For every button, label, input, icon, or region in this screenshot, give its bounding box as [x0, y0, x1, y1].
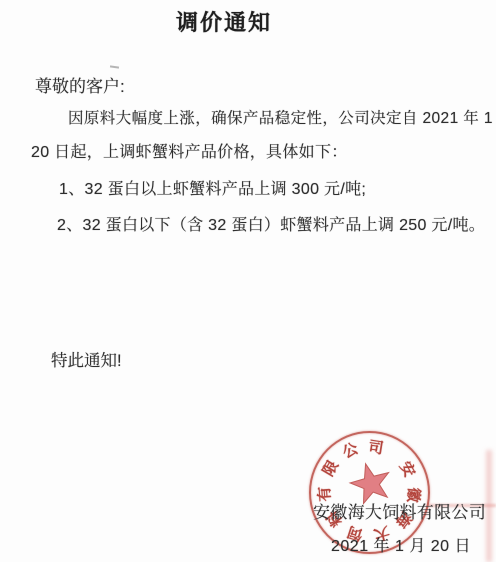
- price-item-2: 2、32 蛋白以下（含 32 蛋白）虾蟹料产品上调 250 元/吨。: [57, 212, 485, 235]
- signature-company: 安徽海大饲料有限公司: [313, 498, 486, 523]
- greeting-line: 尊敬的客户:: [35, 72, 125, 97]
- red-smudge-streak: [486, 450, 492, 562]
- price-item-1: 1、32 蛋白以上虾蟹料产品上调 300 元/吨;: [59, 176, 366, 199]
- body-paragraph-line-2: 20 日起，上调虾蟹料产品价格，具体如下：: [31, 139, 348, 162]
- body-paragraph-line-1: 因原料大幅度上涨，确保产品稳定性，公司决定自 2021 年 1 月: [68, 106, 496, 128]
- seal-arc-char: 司: [367, 435, 385, 458]
- signature-date: 2021 年 1 月 20 日: [331, 533, 471, 556]
- closing-line: 特此通知!: [51, 347, 122, 371]
- page-title: 调价通知: [176, 6, 272, 37]
- stray-pen-mark: [110, 65, 119, 68]
- notice-document: 调价通知 尊敬的客户: 因原料大幅度上涨，确保产品稳定性，公司决定自 2021 …: [0, 0, 496, 562]
